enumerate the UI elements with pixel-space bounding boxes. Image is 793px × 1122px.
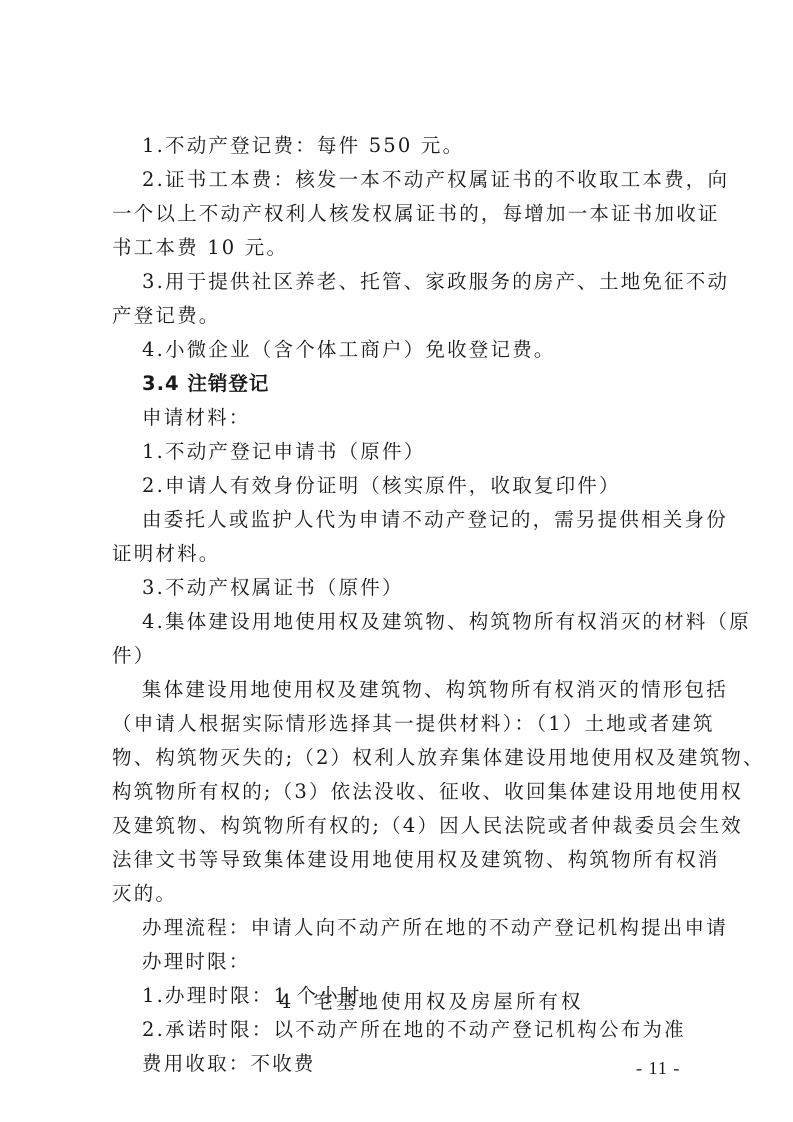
paragraph-line: 1.不动产登记费：每件 550 元。	[142, 134, 722, 158]
paragraph-line: 物、构筑物灭失的;（2）权利人放弃集体建设用地使用权及建筑物、	[112, 746, 692, 770]
paragraph-line: 产登记费。	[112, 304, 692, 328]
paragraph-line: 办理流程：申请人向不动产所在地的不动产登记机构提出申请	[142, 916, 722, 940]
paragraph-line: 件）	[112, 644, 692, 668]
paragraph-line: 由委托人或监护人代为申请不动产登记的，需另提供相关身份	[142, 508, 722, 532]
chapter-heading: 4宅基地使用权及房屋所有权	[279, 986, 583, 1014]
paragraph-line: 费用收取：不收费	[142, 1052, 722, 1076]
chapter-number: 4	[279, 990, 291, 1013]
page-number: - 11 -	[636, 1058, 680, 1079]
paragraph-line: 一个以上不动产权利人核发权属证书的，每增加一本证书加收证	[112, 202, 692, 226]
paragraph-line: 3.用于提供社区养老、托管、家政服务的房产、土地免征不动	[142, 270, 722, 294]
paragraph-line: 及建筑物、构筑物所有权的;（4）因人民法院或者仲裁委员会生效	[112, 814, 692, 838]
paragraph-line: 1.不动产登记申请书（原件）	[142, 440, 722, 464]
paragraph-line: 4.小微企业（含个体工商户）免收登记费。	[142, 338, 722, 362]
paragraph-line: 2.证书工本费：核发一本不动产权属证书的不收取工本费，向	[142, 168, 722, 192]
paragraph-line: 2.承诺时限：以不动产所在地的不动产登记机构公布为准	[142, 1018, 722, 1042]
paragraph-line: 证明材料。	[112, 542, 692, 566]
paragraph-line: 法律文书等导致集体建设用地使用权及建筑物、构筑物所有权消	[112, 848, 692, 872]
paragraph-line: 书工本费 10 元。	[112, 236, 692, 260]
paragraph-line: （申请人根据实际情形选择其一提供材料）：（1）土地或者建筑	[112, 712, 692, 736]
paragraph-line: 申请材料：	[142, 406, 722, 430]
paragraph-line: 办理时限：	[142, 950, 722, 974]
paragraph-line: 灭的。	[112, 882, 692, 906]
paragraph-line: 2.申请人有效身份证明（核实原件，收取复印件）	[142, 474, 722, 498]
paragraph-line: 集体建设用地使用权及建筑物、构筑物所有权消灭的情形包括	[142, 678, 722, 702]
paragraph-line: 4.集体建设用地使用权及建筑物、构筑物所有权消灭的材料（原	[142, 610, 722, 634]
section-heading: 3.4 注销登记	[142, 372, 722, 396]
chapter-title: 宅基地使用权及房屋所有权	[313, 990, 583, 1013]
paragraph-line: 3.不动产权属证书（原件）	[142, 576, 722, 600]
paragraph-line: 构筑物所有权的;（3）依法没收、征收、收回集体建设用地使用权	[112, 780, 692, 804]
